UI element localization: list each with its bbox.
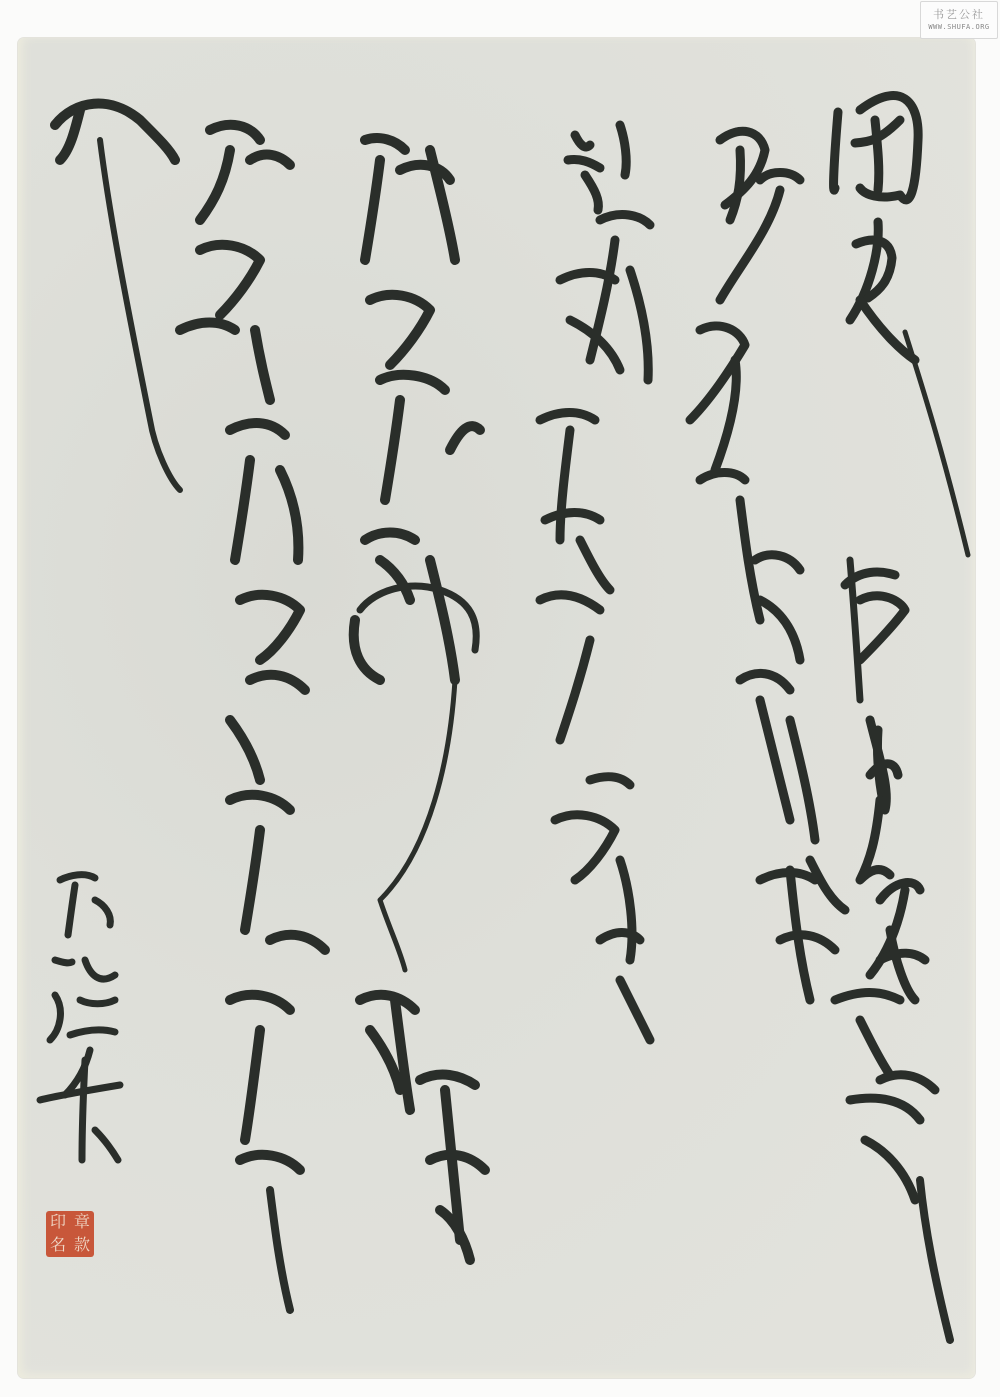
seal-char: 印	[46, 1211, 70, 1234]
watermark-title: 书艺公社	[933, 8, 985, 22]
artist-seal: 印 章 名 款	[46, 1211, 94, 1257]
watermark-badge: 书艺公社 WWW.SHUFA.ORG	[920, 1, 998, 39]
seal-char: 款	[70, 1234, 94, 1257]
watermark-url: WWW.SHUFA.ORG	[928, 22, 989, 32]
column-2	[690, 131, 845, 1000]
seal-char: 章	[70, 1211, 94, 1234]
seal-char: 名	[46, 1234, 70, 1257]
column-4	[354, 138, 485, 1260]
signature	[40, 875, 120, 1160]
column-6	[55, 104, 180, 490]
calligraphy-ink-strokes	[0, 0, 1000, 1397]
column-3	[540, 125, 650, 1040]
column-5	[180, 125, 325, 1310]
column-1	[834, 96, 968, 1340]
